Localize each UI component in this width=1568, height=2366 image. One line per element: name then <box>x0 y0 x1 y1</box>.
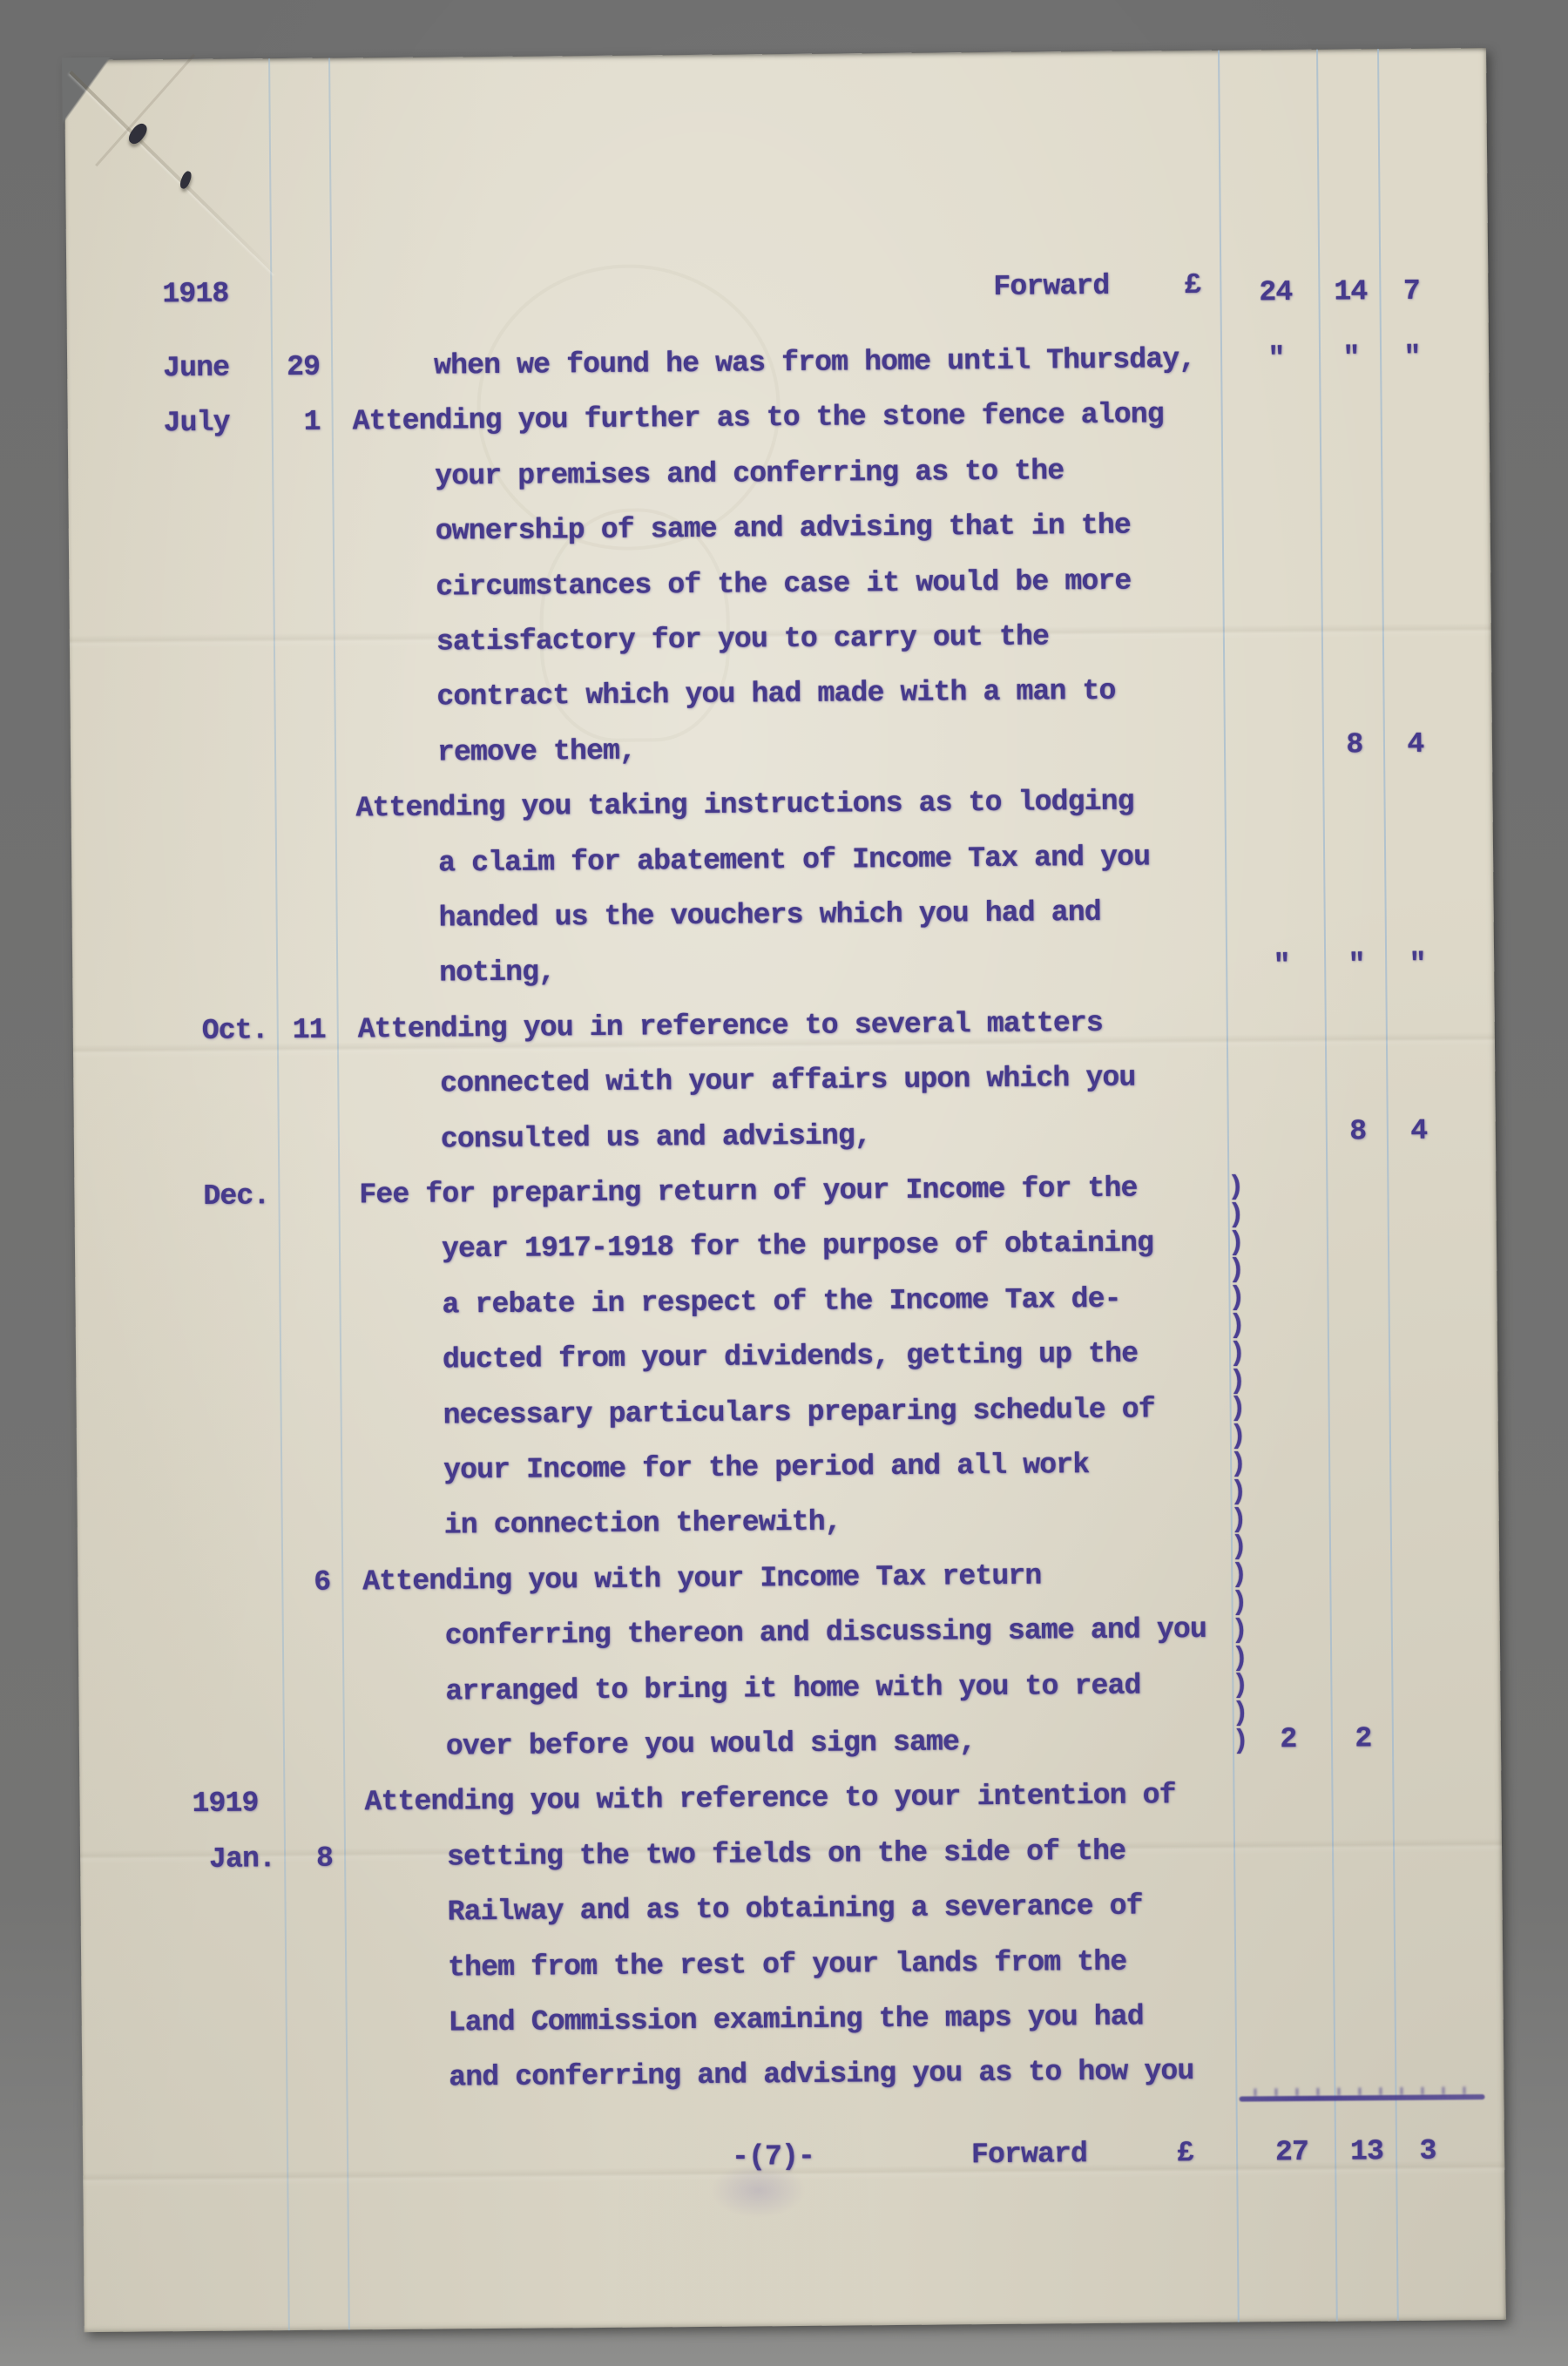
amount-shillings: " <box>1330 946 1382 985</box>
brace-glyph: ) <box>1230 1423 1256 1451</box>
ink-mark-icon <box>179 170 193 190</box>
ledger-row: Jan.8setting the two fields on the side … <box>80 1829 1502 1882</box>
scan-backdrop: 1918 Forward £ 24 14 7 June29when we fou… <box>0 0 1568 2366</box>
ledger-row: over before you would sign same,22 <box>79 1719 1501 1771</box>
amount-shillings: 13 <box>1341 2133 1393 2172</box>
ledger-row: conferring thereon and discussing same a… <box>78 1608 1500 1660</box>
amount-pence: 3 <box>1398 2132 1457 2171</box>
entry-month: 1919 <box>175 1785 258 1824</box>
entry-day: 11 <box>270 1011 326 1050</box>
amount-pence: " <box>1388 946 1447 985</box>
brace-glyph: ) <box>1228 1229 1254 1257</box>
entry-text: a rebate in respect of the Income Tax de… <box>442 1281 1120 1325</box>
entry-text: over before you would sign same, <box>446 1723 976 1766</box>
entry-text: Fee for preparing return of your Income … <box>359 1170 1138 1215</box>
entry-month: Oct. <box>169 1011 268 1051</box>
brace-glyph: ) <box>1228 1201 1254 1229</box>
entry-text: ducted from your dividends, getting up t… <box>443 1335 1138 1380</box>
ledger-row: satisfactory for you to carry out the <box>70 614 1491 666</box>
brace-glyph: ) <box>1230 1478 1256 1506</box>
brace-glyph: ) <box>1229 1312 1255 1340</box>
brace-glyph: ) <box>1232 1617 1258 1645</box>
brace-glyph: ) <box>1229 1368 1255 1396</box>
brace-glyph: ) <box>1229 1340 1255 1368</box>
amount-pence: 4 <box>1386 725 1445 764</box>
forward-label: Forward <box>993 267 1109 307</box>
brace-glyph: ) <box>1228 1285 1254 1313</box>
ledger-row: Railway and as to obtaining a severance … <box>80 1884 1502 1937</box>
entry-text: conferring thereon and discussing same a… <box>445 1611 1207 1656</box>
entry-text: Attending you with reference to your int… <box>364 1777 1176 1822</box>
entry-text: arranged to bring it home with you to re… <box>445 1666 1140 1711</box>
brace-glyph: ) <box>1233 1727 1259 1755</box>
brace-glyph: ) <box>1229 1396 1255 1423</box>
brace-glyph: ) <box>1231 1562 1257 1590</box>
ledger-row: Land Commission examining the maps you h… <box>82 1995 1504 2047</box>
ledger-row: connected with your affairs upon which y… <box>73 1056 1495 1108</box>
year-heading: 1918 <box>162 275 228 314</box>
ledger-row: ownership of same and advising that in t… <box>69 504 1490 556</box>
brace-glyph: ) <box>1231 1589 1257 1617</box>
entry-text: satisfactory for you to carry out the <box>436 618 1049 661</box>
ledger-row: contract which you had made with a man t… <box>70 669 1491 721</box>
amount-shillings: 8 <box>1328 726 1381 765</box>
entry-text: circumstances of the case it would be mo… <box>436 562 1131 606</box>
entry-text: year 1917-1918 for the purpose of obtain… <box>442 1225 1153 1269</box>
ledger-row: 1919Attending you with reference to your… <box>79 1774 1501 1826</box>
brace-glyph: ) <box>1232 1673 1258 1700</box>
ledger-row: Attending you taking instructions as to … <box>71 780 1492 832</box>
ledger-row: noting,""" <box>72 945 1494 997</box>
brace-glyph: ) <box>1233 1700 1259 1728</box>
ledger-row: them from the rest of your lands from th… <box>81 1940 1503 1992</box>
entry-text: your premises and conferring as to the <box>435 452 1064 496</box>
amount-pence: 4 <box>1389 1112 1449 1151</box>
entry-text: handed us the vouchers which you had and <box>438 894 1100 938</box>
entry-text: Attending you with your Income Tax retur… <box>362 1557 1041 1601</box>
amount-shillings: 2 <box>1337 1720 1389 1759</box>
amount-pounds: " <box>1254 947 1309 986</box>
amount-pounds: 27 <box>1264 2133 1320 2173</box>
entry-text: a claim for abatement of Income Tax and … <box>438 838 1150 882</box>
entries-list: June29when we found he was from home unt… <box>64 48 1486 60</box>
amount-pounds: " <box>1248 340 1304 379</box>
entry-text: them from the rest of your lands from th… <box>448 1943 1126 1987</box>
entry-text: necessary particulars preparing schedule… <box>443 1390 1154 1435</box>
entry-day: 6 <box>274 1563 330 1602</box>
entry-month: June <box>163 349 229 389</box>
entry-text: your Income for the period and all work <box>443 1446 1089 1490</box>
ledger-row: remove them,84 <box>71 725 1492 777</box>
ledger-row: in connection therewith, <box>78 1497 1499 1550</box>
forward-label: Forward <box>971 2135 1087 2174</box>
embossed-crest-watermark <box>441 245 899 876</box>
entry-text: Railway and as to obtaining a severance … <box>447 1888 1142 1932</box>
forward-carried-row: -(7)- Forward £ 27 13 3 <box>83 2132 1504 2184</box>
entry-month: Dec. <box>170 1177 269 1216</box>
entry-day: 1 <box>265 403 321 443</box>
currency-symbol: £ <box>1184 267 1200 305</box>
entry-text: Attending you in reference to several ma… <box>358 1004 1104 1049</box>
ledger-row: arranged to bring it home with you to re… <box>78 1664 1500 1716</box>
ledger-row: Dec.Fee for preparing return of your Inc… <box>74 1166 1496 1219</box>
brace-glyph: ) <box>1228 1257 1254 1285</box>
entry-day: 29 <box>264 348 320 388</box>
ledger-row: handed us the vouchers which you had and <box>72 890 1494 943</box>
amount-shillings: " <box>1325 339 1377 378</box>
ledger-row: necessary particulars preparing schedule… <box>76 1388 1497 1440</box>
entry-text: Attending you further as to the stone fe… <box>353 396 1165 442</box>
amount-pence: 7 <box>1382 272 1441 311</box>
entry-text: and conferring and advising you as to ho… <box>449 2052 1194 2097</box>
ledger-row: ducted from your dividends, getting up t… <box>76 1332 1497 1384</box>
cost-brace-column: ))))))))))))))))))))) <box>64 48 1486 60</box>
entry-month: July <box>164 404 230 443</box>
entry-text: connected with your affairs upon which y… <box>440 1059 1135 1104</box>
amount-pounds: 24 <box>1247 274 1303 313</box>
ledger-row: year 1917-1918 for the purpose of obtain… <box>75 1221 1497 1274</box>
ledger-row: your premises and conferring as to the <box>68 449 1490 501</box>
entry-text: in connection therewith, <box>444 1504 841 1545</box>
entry-text: setting the two fields on the side of th… <box>447 1832 1125 1876</box>
ledger-row: circumstances of the case it would be mo… <box>69 559 1490 612</box>
totals-underline-smudge <box>1240 2094 1485 2101</box>
ledger-row: July1Attending you further as to the sto… <box>68 393 1490 445</box>
entry-text: noting, <box>439 954 555 993</box>
ledger-row: 6Attending you with your Income Tax retu… <box>78 1553 1499 1605</box>
amount-shillings: 8 <box>1332 1112 1384 1152</box>
amount-pence: " <box>1382 338 1442 377</box>
entry-month: Jan. <box>176 1840 275 1879</box>
brace-glyph: ) <box>1231 1506 1257 1534</box>
ledger-row: a claim for abatement of Income Tax and … <box>71 835 1493 888</box>
brace-glyph: ) <box>1231 1534 1257 1562</box>
amount-shillings: 14 <box>1324 273 1376 312</box>
amount-pounds: 2 <box>1260 1720 1316 1760</box>
brace-glyph: ) <box>1230 1450 1256 1478</box>
corner-crease <box>69 71 276 274</box>
ledger-row: a rebate in respect of the Income Tax de… <box>75 1277 1497 1329</box>
brace-glyph: ) <box>1227 1173 1254 1201</box>
entry-text: when we found he was from home until Thu… <box>434 341 1196 386</box>
entry-day: 8 <box>277 1839 333 1878</box>
entry-text: consulted us and advising, <box>441 1117 871 1159</box>
ledger-row: your Income for the period and all work <box>77 1443 1498 1495</box>
forward-brought-row: 1918 Forward £ 24 14 7 <box>66 264 1488 316</box>
page-number: -(7)- <box>732 2138 814 2177</box>
entry-text: ownership of same and advising that in t… <box>436 507 1131 551</box>
currency-symbol: £ <box>1177 2134 1193 2173</box>
entry-text: Land Commission examining the maps you h… <box>449 1998 1144 2043</box>
ledger-row: consulted us and advising,84 <box>74 1112 1496 1164</box>
entry-text: contract which you had made with a man t… <box>436 673 1115 717</box>
entry-text: Attending you taking instructions as to … <box>355 783 1134 828</box>
ledger-page: 1918 Forward £ 24 14 7 June29when we fou… <box>64 48 1506 2332</box>
entry-text: remove them, <box>437 732 636 772</box>
ledger-row: June29when we found he was from home unt… <box>67 338 1489 390</box>
brace-glyph: ) <box>1232 1645 1258 1673</box>
